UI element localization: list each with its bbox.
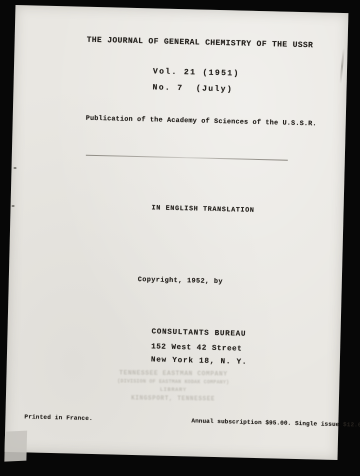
subscription-note: Annual subscription $95.00. Single issue… <box>191 417 360 428</box>
journal-title-page: THE JOURNAL OF GENERAL CHEMISTRY OF THE … <box>5 5 349 460</box>
library-stamp: TENNESSEE EASTMAN COMPANY (DIVISION OF E… <box>88 368 258 404</box>
library-stamp-line4: KINGSPORT, TENNESSEE <box>88 393 258 404</box>
divider-rule <box>86 155 288 161</box>
scan-scratch-artifact <box>339 48 344 84</box>
scanned-page-stage: THE JOURNAL OF GENERAL CHEMISTRY OF THE … <box>0 0 360 476</box>
translation-line: IN ENGLISH TRANSLATION <box>151 204 254 215</box>
issue-line: No. 7 (July) <box>152 83 233 94</box>
printed-in-note: Printed in France. <box>24 413 93 422</box>
copyright-line: Copyright, 1952, by <box>138 276 223 286</box>
imprint-address-line1: 152 West 42 Street <box>151 343 242 353</box>
imprint-name: CONSULTANTS BUREAU <box>151 328 246 338</box>
publisher-line: Publication of the Academy of Sciences o… <box>86 115 317 129</box>
scan-smudge-artifact <box>4 431 27 462</box>
imprint-address-line2: New York 18, N. Y. <box>151 356 248 366</box>
scan-speck-artifact <box>12 205 15 207</box>
scan-speck-artifact <box>14 167 17 169</box>
journal-title: THE JOURNAL OF GENERAL CHEMISTRY OF THE … <box>87 36 314 51</box>
volume-line: Vol. 21 (1951) <box>153 67 240 78</box>
